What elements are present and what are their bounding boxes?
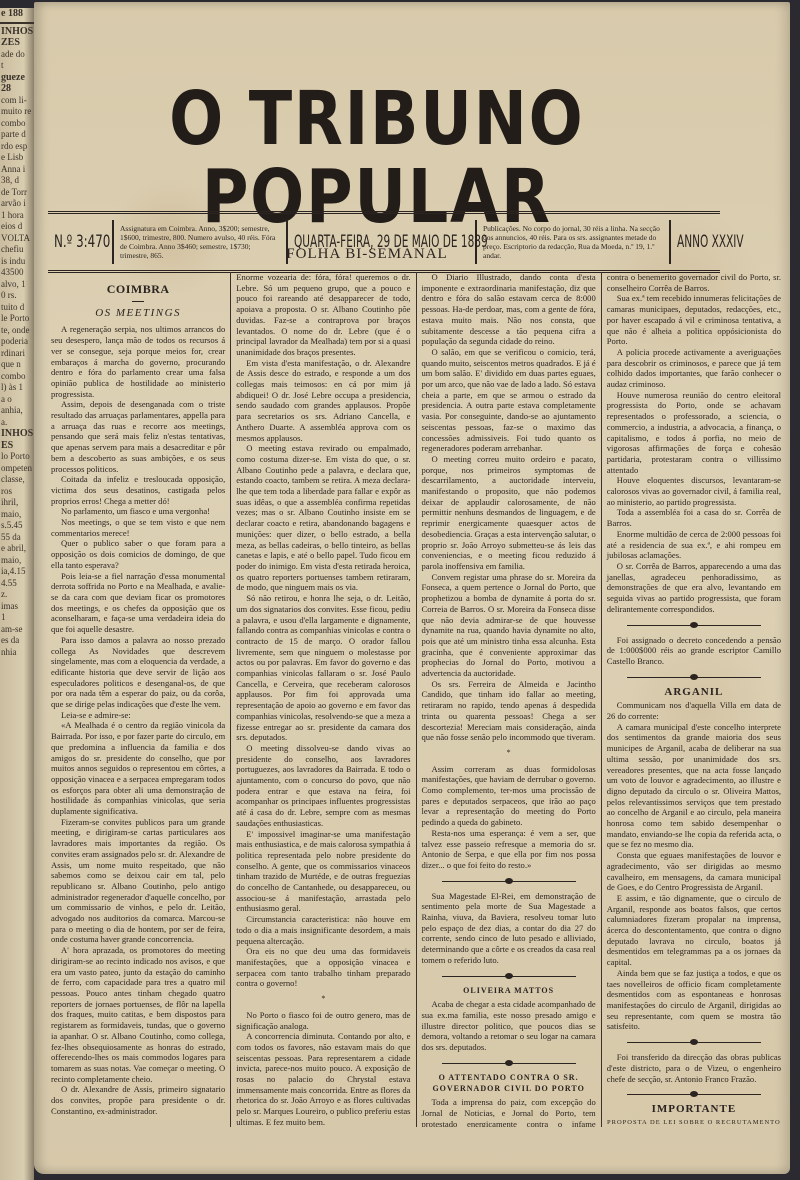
paragraph: A policia procede activamente a averigua… [607, 347, 781, 390]
prev-page-fragment: muito re [0, 106, 34, 118]
paragraph: E' impossivel imaginar-se uma manifestaç… [236, 829, 410, 915]
publication-rates: Publicações. No corpo do jornal, 30 réis… [483, 224, 663, 260]
section-divider [627, 621, 761, 629]
section-title: COIMBRA [51, 284, 225, 295]
title-dash [132, 301, 144, 302]
prev-page-fragment: arvão i [0, 198, 34, 210]
article-headline: IMPORTANTE [607, 1104, 781, 1115]
paragraph: Resta-nos uma esperança: é vem a ser, qu… [422, 828, 596, 871]
paragraph: Assim, depois de desenganada com o trist… [51, 399, 225, 474]
asterisk-divider: * [236, 994, 410, 1005]
prev-page-fragment: l) às 1 [0, 382, 34, 394]
prev-page-fragment: ia,4.15 [0, 566, 34, 578]
prev-page-fragment: combo [0, 118, 34, 130]
column-4: contra o benemerito governador civil do … [602, 272, 786, 1127]
prev-page-fragment: nhia [0, 647, 34, 659]
paragraph: Enorme vozearia de: fóra, fóra! queremos… [236, 272, 410, 358]
paragraph: O meeting dissolveu-se dando vivas ao pr… [236, 743, 410, 829]
paragraph: Circumstancia caracteristica: não houve … [236, 914, 410, 946]
prev-page-fragment: ES [0, 440, 34, 452]
paragraph: Consta que eguaes manifestações de louvo… [607, 850, 781, 893]
prev-page-fragment: 43500 [0, 267, 34, 279]
section-divider [442, 877, 576, 885]
prev-page-fragment: maio, [0, 509, 34, 521]
column-2: Enorme vozearia de: fóra, fóra! queremos… [231, 272, 416, 1127]
prev-page-fragment: 38, d [0, 175, 34, 187]
section-divider [627, 673, 761, 681]
paragraph: Toda a assembléa foi a casa do sr. Corrê… [607, 507, 781, 528]
prev-page-fragment: s.5.45 [0, 520, 34, 532]
prev-page-fragment: 4.55 [0, 578, 34, 590]
prev-page-fragment: am-se [0, 624, 34, 636]
paragraph: Enorme multidão de cerca de 2:000 pessoa… [607, 529, 781, 561]
paragraph: Sua Magestade El-Rei, em demonstração de… [422, 891, 596, 966]
issue-number: N.º 3:470 [54, 232, 90, 252]
paragraph: Houve eloquentes discursos, levantaram-s… [607, 475, 781, 507]
prev-page-fragment: ompeten [0, 463, 34, 475]
paragraph: «A Mealhada é o centro da região vinicol… [51, 720, 225, 816]
prev-page-fragment: es da [0, 635, 34, 647]
section-divider [442, 972, 576, 980]
paragraph: Communicam nos d'aquella Villa em data d… [607, 700, 781, 721]
paragraph: Nos meetings, o que se tem visto e que n… [51, 517, 225, 538]
prev-page-fragment: 1 hora [0, 210, 34, 222]
paragraph: No parlamento, um fiasco e uma vergonha! [51, 506, 225, 517]
prev-page-fragment: alvo, 1 [0, 279, 34, 291]
paragraph: Assim correram as duas formidolosas mani… [422, 764, 596, 828]
prev-page-fragment: VOLTA [0, 233, 34, 245]
paragraph: Acaba de chegar a esta cidade acompanhad… [422, 999, 596, 1053]
prev-page-fragment: INHOS [0, 428, 34, 440]
article-headline: OLIVEIRA MATTOS [422, 986, 596, 997]
prev-page-fragment: 1 [0, 612, 34, 624]
article-headline: ARGANIL [607, 687, 781, 698]
paragraph: Pois leia-se a fiel narração d'essa monu… [51, 571, 225, 635]
paragraph: Leia-se e admire-se: [51, 710, 225, 721]
issue-info-bar: N.º 3:470 Assignatura em Coimbra. Anno, … [48, 211, 720, 273]
paragraph: Só não retirou, e honra lhe seja, o dr. … [236, 593, 410, 743]
prev-page-fragment: poderia [0, 336, 34, 348]
newspaper-page: O TRIBUNO POPULAR FOLHA BI-SEMANAL N.º 3… [34, 2, 790, 1174]
issue-date: QUARTA-FEIRA, 29 DE MAIO DE 1889 [294, 232, 403, 252]
prev-page-fragment: le Porto [0, 313, 34, 325]
prev-page-fragment: tuito d [0, 302, 34, 314]
prev-page-fragment: anhia, [0, 405, 34, 417]
paragraph: O meeting correu muito ordeiro e pacato,… [422, 454, 596, 572]
prev-page-fragment: ihril, [0, 497, 34, 509]
paragraph: A concorrencia diminuta. Contando por al… [236, 1031, 410, 1127]
paragraph: O dr. Alexandre de Assis, primeiro signa… [51, 1084, 225, 1116]
paragraph: Sua ex.ª tem recebido innumeras felicita… [607, 293, 781, 347]
article-columns: COIMBRAOS MEETINGSA regeneração serpia, … [46, 272, 786, 1132]
paragraph: O sr. Corrêa de Barros, apparecendo a um… [607, 561, 781, 615]
prev-page-fragment: Anna i [0, 164, 34, 176]
prev-page-fragment: z. [0, 589, 34, 601]
paragraph: Coitada da infeliz e tresloucada opposiç… [51, 474, 225, 506]
paragraph: O salão, em que se verificou o comicio, … [422, 347, 596, 454]
paragraph: Houve numerosa reunião do centro eleitor… [607, 390, 781, 476]
paragraph: Toda a imprensa do paiz, com excepção do… [422, 1097, 596, 1127]
prev-page-fragment: t [0, 60, 34, 72]
prev-page-fragment: eios d [0, 221, 34, 233]
article-subheadline: PROPOSTA DE LEI SOBRE O RECRUTAMENTO [607, 1118, 781, 1127]
prev-page-fragment: e Lisb [0, 152, 34, 164]
prev-page-fragment: imas [0, 601, 34, 613]
volume-year: ANNO XXXIV [677, 232, 714, 252]
prev-page-fragment: 55 da [0, 532, 34, 544]
paragraph: Foi transferido da direcção das obras pu… [607, 1052, 781, 1084]
asterisk-divider: * [422, 748, 596, 759]
prev-page-fragment: ros [0, 486, 34, 498]
paragraph: Foi assignado o decreto concedendo a pen… [607, 635, 781, 667]
paragraph: No Porto o fiasco foi de outro genero, m… [236, 1010, 410, 1031]
prev-page-fragment: ZES [0, 37, 34, 49]
prev-page-fragment: que n [0, 359, 34, 371]
prev-page-fragment: 28 [0, 83, 34, 95]
prev-page-fragment: a. [0, 417, 34, 429]
paragraph: Ora eis no que deu uma das formidaveis m… [236, 946, 410, 989]
section-divider [442, 1059, 576, 1067]
prev-page-fragment: a o [0, 394, 34, 406]
prev-page-fragment: rdo esp [0, 141, 34, 153]
paragraph: A' hora aprazada, os promotores do meeti… [51, 945, 225, 1084]
paragraph: Quer o publico saber o que foram para a … [51, 538, 225, 570]
paragraph: O meeting estava revirado ou empalmado, … [236, 443, 410, 593]
section-divider [627, 1090, 761, 1098]
prev-page-rule [0, 22, 34, 24]
prev-page-fragment: INHOS [0, 26, 34, 38]
prev-page-fragment: te, onde [0, 325, 34, 337]
article-headline: OS MEETINGS [51, 308, 225, 319]
paragraph: A camara municipal d'este concelho inter… [607, 722, 781, 850]
prev-page-fragment: rdinari [0, 348, 34, 360]
prev-page-fragment: classe, [0, 474, 34, 486]
paragraph: contra o benemerito governador civil do … [607, 272, 781, 293]
prev-page-fragment: e 188 [0, 8, 34, 20]
paragraph: E assim, e tão dignamente, que o circulo… [607, 893, 781, 968]
paragraph: Convem registar uma phrase do sr. Moreir… [422, 572, 596, 679]
paragraph: Para isso damos a palavra ao nosso preza… [51, 635, 225, 710]
paragraph: Os srs. Ferreira de Almeida e Jacintho C… [422, 679, 596, 743]
article-headline: O ATTENTADO CONTRA O SR. GOVERNADOR CIVI… [422, 1073, 596, 1094]
prev-page-fragment: e abril, [0, 543, 34, 555]
paragraph: Fizeram-se convites publicos para um gra… [51, 817, 225, 945]
prev-page-fragment: maio, [0, 555, 34, 567]
prev-page-fragment: parte d [0, 129, 34, 141]
column-1: COIMBRAOS MEETINGSA regeneração serpia, … [46, 272, 231, 1127]
paragraph: O Diario Illustrado, dando conta d'esta … [422, 272, 596, 347]
prev-page-fragment: de Torr [0, 187, 34, 199]
prev-page-fragment: com li- [0, 95, 34, 107]
paragraph: A regeneração serpia, nos ultimos arranc… [51, 324, 225, 399]
paragraph: Em vista d'esta manifestação, o dr. Alex… [236, 358, 410, 444]
prev-page-fragment: gueze [0, 72, 34, 84]
section-divider [627, 1038, 761, 1046]
prev-page-fragment: lo Porto [0, 451, 34, 463]
prev-page-fragment: combo [0, 371, 34, 383]
previous-page-edge: e 188INHOSZESade dotgueze28com li-muito … [0, 8, 34, 1180]
subscription-prices: Assignatura em Coimbra. Anno, 3$200; sem… [120, 224, 280, 260]
prev-page-fragment: 0 rs. [0, 290, 34, 302]
paragraph: Ainda bem que se faz justiça a todos, e … [607, 968, 781, 1032]
column-3: O Diario Illustrado, dando conta d'esta … [417, 272, 602, 1127]
prev-page-fragment: ade do [0, 49, 34, 61]
